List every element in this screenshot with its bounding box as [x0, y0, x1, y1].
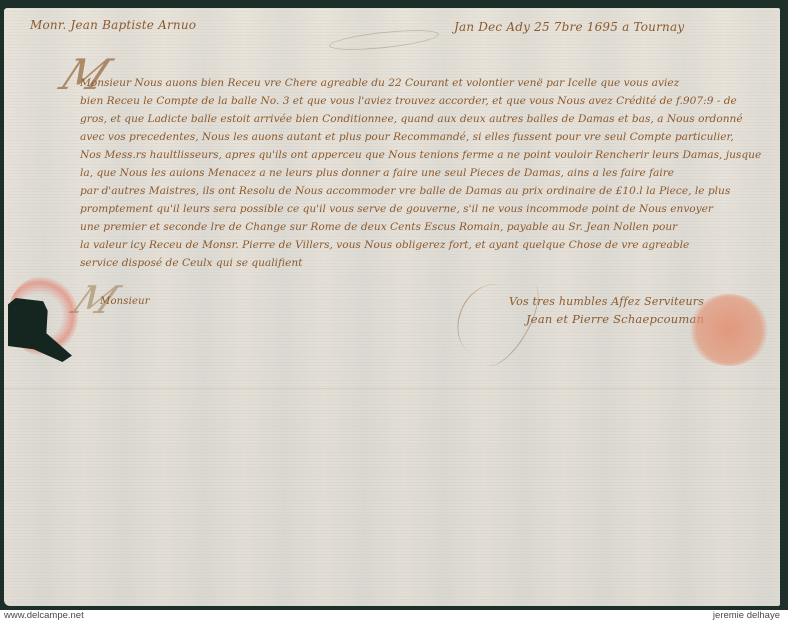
footer-watermark: www.delcampe.net jeremie delhaye	[0, 610, 788, 623]
dateline: Jan Dec Ady 25 7bre 1695 a Tournay	[454, 20, 684, 34]
body-line: Monsieur Nous auons bien Receu vre Chere…	[80, 74, 780, 92]
letter-paper: Monr. Jean Baptiste Arnuo Jan Dec Ady 25…	[4, 8, 780, 606]
body-line: avec vos precedentes, Nous les auons aut…	[80, 128, 780, 146]
body-line: une premier et seconde lre de Change sur…	[80, 218, 780, 236]
closing-salutation: Vos tres humbles Affez Serviteurs	[509, 295, 704, 308]
body-line: la, que Nous les auions Menacez a ne leu…	[80, 164, 780, 182]
reverse-address: Monsieur	[100, 296, 150, 307]
signature: Jean et Pierre Schaepcouman	[526, 312, 704, 326]
body-line: bien Receu le Compte de la balle No. 3 e…	[80, 92, 780, 110]
body-line: gros, et que Ladicte balle estoit arrivé…	[80, 110, 780, 128]
wax-seal-stain-right	[688, 294, 770, 366]
letter-body: Monsieur Nous auons bien Receu vre Chere…	[80, 74, 780, 272]
body-line: promptement qu'il leurs sera possible ce…	[80, 200, 780, 218]
addressee-header: Monr. Jean Baptiste Arnuo	[30, 18, 196, 32]
paper-fold-line	[4, 388, 780, 389]
seller-watermark: jeremie delhaye	[713, 610, 780, 621]
body-line: la valeur icy Receu de Monsr. Pierre de …	[80, 236, 780, 254]
body-line: Nos Mess.rs haultlisseurs, apres qu'ils …	[80, 146, 780, 164]
body-line: service disposé de Ceulx qui se qualifie…	[80, 254, 780, 272]
body-line: par d'autres Maistres, ils ont Resolu de…	[80, 182, 780, 200]
source-watermark: www.delcampe.net	[4, 610, 84, 621]
flourish-decoration	[328, 26, 439, 53]
